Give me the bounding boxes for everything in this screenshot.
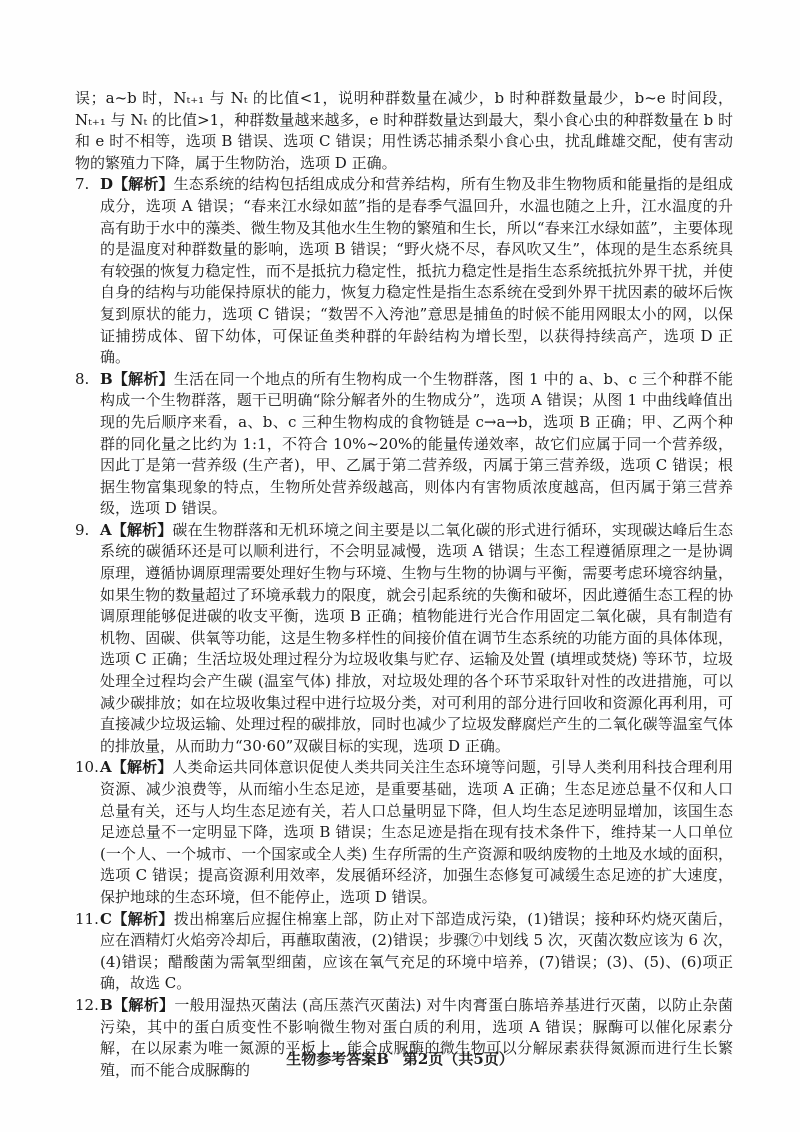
item-number: 7.	[75, 174, 99, 196]
answer-item-11: 11. C【解析】拨出棉塞后应握住棉塞上部，防止对下部造成污染，(1)错误；接种…	[75, 909, 733, 995]
answer-key-content: 误；a~b 时，Nₜ₊₁ 与 Nₜ 的比值<1，说明种群数量在减少，b 时种群数…	[75, 88, 733, 1081]
answer-letter: B	[100, 996, 113, 1014]
analysis-marker: 【解析】	[112, 521, 173, 539]
item-number: 12.	[75, 995, 99, 1017]
answer-item-10: 10. A【解析】人类命运共同体意识促使人类共同关注生态环境等问题，引导人类利用…	[75, 757, 733, 908]
footer-page-number: 第2页（共5页）	[403, 1050, 514, 1068]
answer-letter: A	[100, 521, 112, 539]
footer-document-title: 生物参考答案B	[286, 1050, 389, 1068]
item-text: D【解析】生态系统的结构包括组成成分和营养结构，所有生物及非生物物质和能量指的是…	[100, 174, 733, 368]
item-text: C【解析】拨出棉塞后应握住棉塞上部，防止对下部造成污染，(1)错误；接种环灼烧灭…	[100, 909, 733, 995]
paragraph-continuation: 误；a~b 时，Nₜ₊₁ 与 Nₜ 的比值<1，说明种群数量在减少，b 时种群数…	[75, 88, 733, 174]
explanation-text: 碳在生物群落和无机环境之间主要是以二氧化碳的形式进行循环，实现碳达峰后生态系统的…	[100, 521, 733, 755]
item-text: A【解析】人类命运共同体意识促使人类共同关注生态环境等问题，引导人类利用科技合理…	[100, 757, 733, 908]
analysis-marker: 【解析】	[113, 996, 175, 1014]
answer-letter: D	[100, 175, 113, 193]
analysis-marker: 【解析】	[112, 758, 173, 776]
explanation-text: 生活在同一个地点的所有生物构成一个生物群落，图 1 中的 a、b、c 三个种群不…	[100, 370, 733, 518]
explanation-text: 生态系统的结构包括组成成分和营养结构，所有生物及非生物物质和能量指的是组成成分，…	[100, 175, 733, 366]
answer-letter: C	[100, 910, 112, 928]
item-text: A【解析】碳在生物群落和无机环境之间主要是以二氧化碳的形式进行循环，实现碳达峰后…	[100, 520, 733, 758]
answer-item-9: 9. A【解析】碳在生物群落和无机环境之间主要是以二氧化碳的形式进行循环，实现碳…	[75, 520, 733, 758]
explanation-text: 人类命运共同体意识促使人类共同关注生态环境等问题，引导人类利用科技合理利用资源、…	[100, 758, 733, 906]
analysis-marker: 【解析】	[112, 910, 174, 928]
item-number: 9.	[75, 520, 99, 542]
answer-letter: A	[100, 758, 112, 776]
item-text: B【解析】生活在同一个地点的所有生物构成一个生物群落，图 1 中的 a、b、c …	[100, 369, 733, 520]
answer-item-7: 7. D【解析】生态系统的结构包括组成成分和营养结构，所有生物及非生物物质和能量…	[75, 174, 733, 368]
answer-item-8: 8. B【解析】生活在同一个地点的所有生物构成一个生物群落，图 1 中的 a、b…	[75, 369, 733, 520]
analysis-marker: 【解析】	[113, 370, 174, 388]
item-number: 8.	[75, 369, 99, 391]
explanation-text: 拨出棉塞后应握住棉塞上部，防止对下部造成污染，(1)错误；接种环灼烧灭菌后，应在…	[100, 910, 733, 993]
answer-letter: B	[100, 370, 113, 388]
document-page: 误；a~b 时，Nₜ₊₁ 与 Nₜ 的比值<1，说明种群数量在减少，b 时种群数…	[0, 0, 800, 1132]
page-footer: 生物参考答案B第2页（共5页）	[0, 1048, 800, 1069]
item-number: 10.	[75, 757, 99, 779]
analysis-marker: 【解析】	[113, 175, 174, 193]
item-number: 11.	[75, 909, 99, 931]
